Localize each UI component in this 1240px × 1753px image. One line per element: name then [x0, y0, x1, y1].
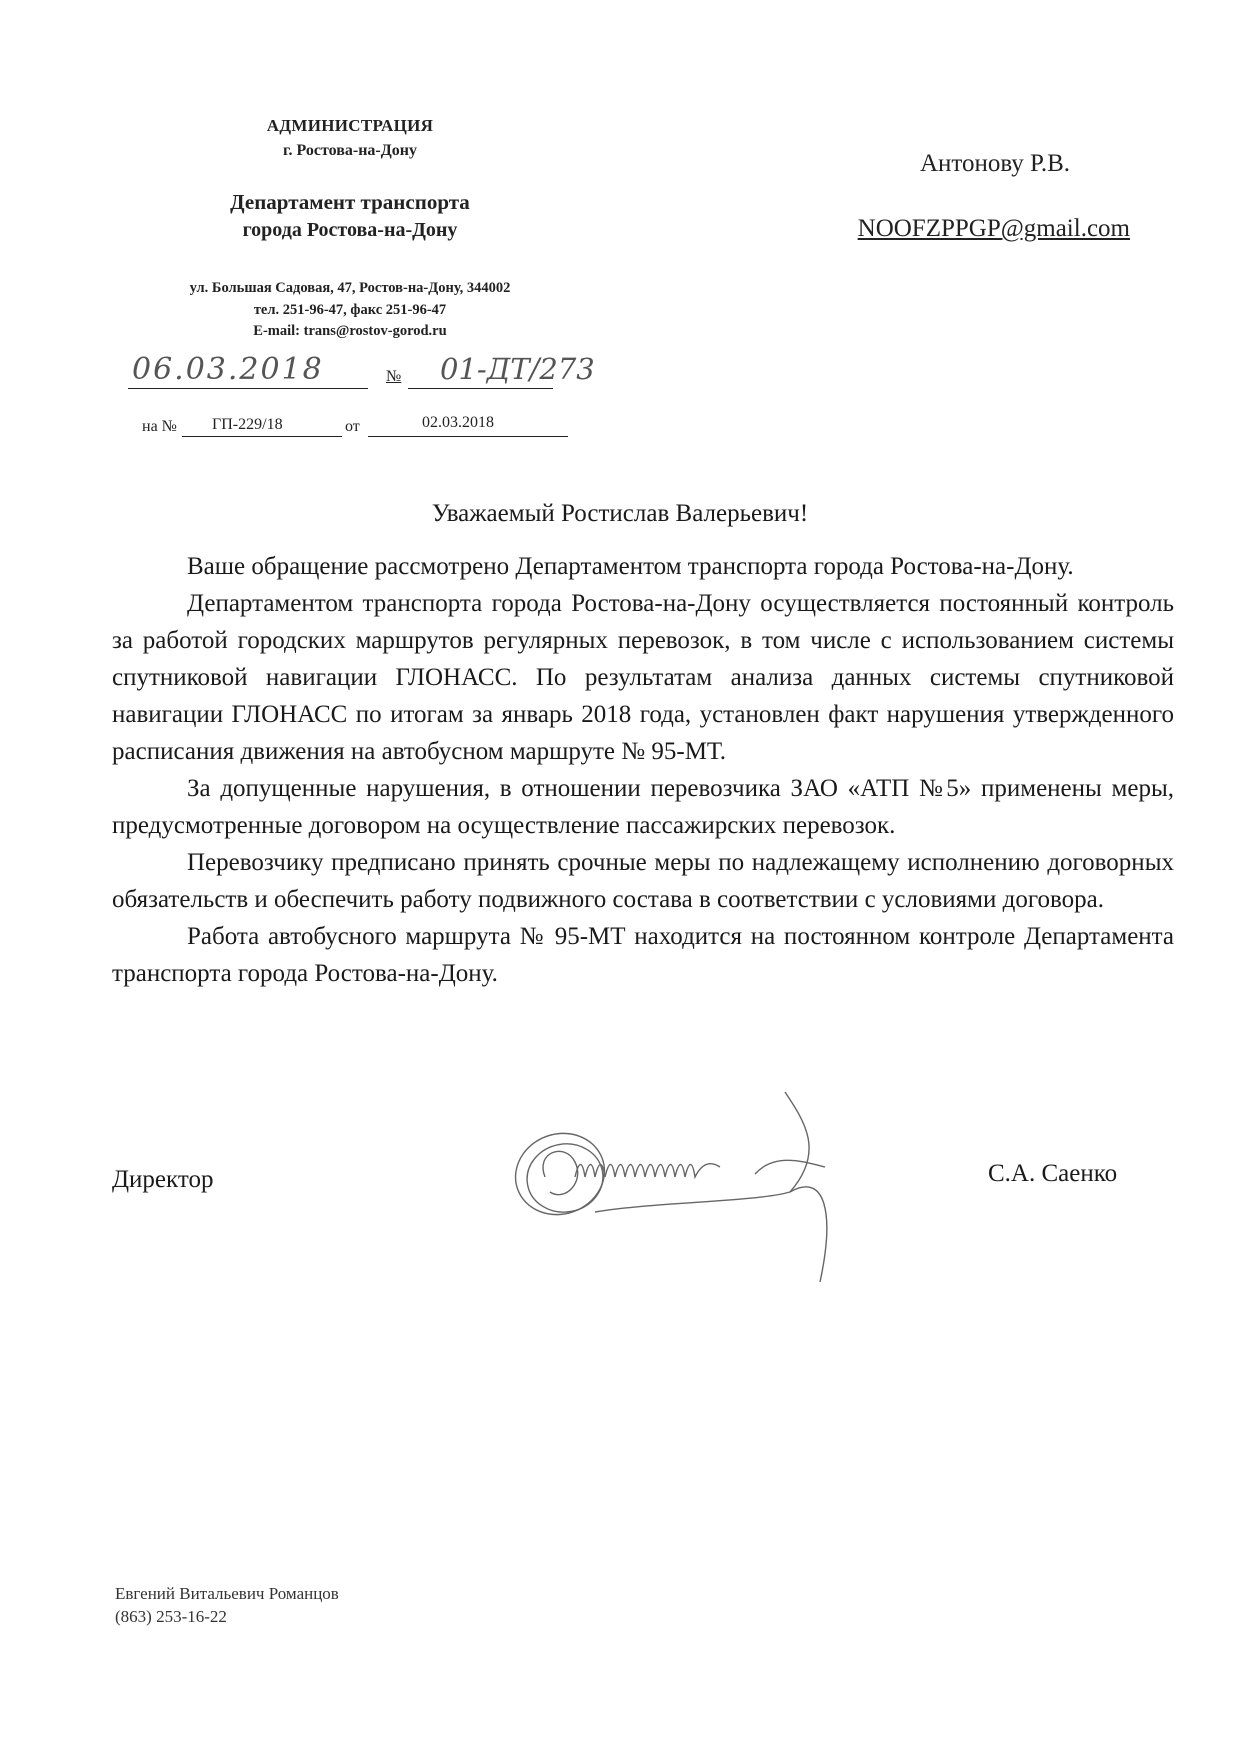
letterhead-organization: АДМИНИСТРАЦИЯ: [110, 116, 590, 136]
signatory-title: Директор: [112, 1166, 213, 1194]
reply-to-label: на №: [142, 418, 177, 436]
letterhead-department: Департамент транспорта: [110, 190, 590, 215]
letterhead-address: ул. Большая Садовая, 47, Ростов-на-Дону,…: [120, 280, 580, 297]
body-paragraph: За допущенные нарушения, в отношении пер…: [112, 770, 1174, 844]
reply-date-underline: [368, 436, 568, 437]
number-underline: [408, 388, 553, 389]
registration-number: 01-ДТ/273: [440, 352, 595, 386]
letterhead-city: г. Ростова-на-Дону: [110, 142, 590, 160]
letter-body: Ваше обращение рассмотрено Департаментом…: [112, 548, 1174, 992]
handwritten-signature-icon: [505, 1082, 925, 1287]
executor-phone: (863) 253-16-22: [115, 1607, 227, 1627]
addressee-email[interactable]: NOOFZPPGP@gmail.com: [858, 215, 1130, 243]
date-underline: [128, 388, 368, 389]
letterhead-phone-fax: тел. 251-96-47, факс 251-96-47: [120, 302, 580, 319]
body-paragraph: Ваше обращение рассмотрено Департаментом…: [112, 548, 1174, 585]
reply-to-date: 02.03.2018: [422, 414, 494, 432]
from-label: от: [345, 418, 360, 436]
reply-to-underline: [182, 436, 342, 437]
signatory-name: С.А. Саенко: [988, 1160, 1117, 1188]
addressee-name: Антонову Р.В.: [920, 150, 1070, 178]
executor-name: Евгений Витальевич Романцов: [115, 1584, 339, 1604]
letterhead-email: E-mail: trans@rostov-gorod.ru: [120, 323, 580, 340]
body-paragraph: Перевозчику предписано принять срочные м…: [112, 844, 1174, 918]
number-label: №: [386, 368, 401, 386]
salutation: Уважаемый Ростислав Валерьевич!: [0, 500, 1240, 528]
letterhead-department-city: города Ростова-на-Дону: [110, 219, 590, 242]
body-paragraph: Департаментом транспорта города Ростова-…: [112, 585, 1174, 770]
body-paragraph: Работа автобусного маршрута № 95-МТ нахо…: [112, 918, 1174, 992]
registration-date: 06.03.2018: [132, 352, 324, 387]
reply-to-number: ГП-229/18: [212, 416, 283, 434]
